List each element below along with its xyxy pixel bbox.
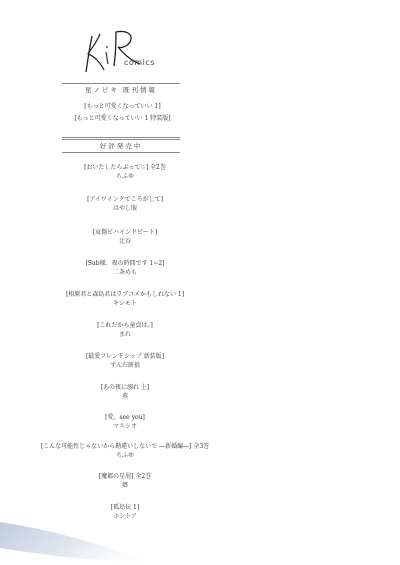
entry-title: [おいたしたらぶって♡] 全2巻 (20, 163, 230, 172)
entry-title: [孤島伝 1] (20, 503, 230, 512)
brand-subtitle: comics (124, 58, 155, 67)
entry-author: ちふゆ (20, 451, 230, 460)
list-item: [アイワインクでころがして] はやし服 (20, 195, 230, 213)
promo-section-header: 好評発売中 (62, 137, 180, 153)
kir-comics-logo: comics (82, 28, 162, 76)
entry-author: 燕 (20, 392, 230, 401)
list-item: [哀傷ビハインドビート] 比谷 (20, 228, 230, 246)
list-item: [孤島伝 1] ホシトア (20, 503, 230, 521)
list-item: [おいたしたらぶって♡] 全2巻 ちふゆ (20, 163, 230, 181)
entry-title: [あの夜に溺れ 上] (20, 383, 230, 392)
entry-title: [愛、see you] (20, 413, 230, 422)
list-item: [相原君と森島君はラブコメかもしれない 1] キシモト (20, 290, 230, 308)
list-item: [あの夜に溺れ 上] 燕 (20, 383, 230, 401)
entry-author: まれ (20, 330, 230, 339)
list-item: [愛、see you] マスシオ (20, 413, 230, 431)
entry-author: 比谷 (20, 237, 230, 246)
entry-title: [魔都の星屑] 全2巻 (20, 472, 230, 481)
entry-author: 郷 (20, 481, 230, 490)
entry-title: [Sub様、夜の時間です 1~2] (20, 259, 230, 268)
kir-signature-icon (82, 28, 162, 76)
author-section-header: 星ノピキ 既刊情報 (62, 83, 180, 96)
entry-author: キシモト (20, 299, 230, 308)
entry-title: [相原君と森島君はラブコメかもしれない 1] (20, 290, 230, 299)
entry-title: [アイワインクでころがして] (20, 195, 230, 204)
list-item: [最愛フレンドシップ 新装版] ずんだ餅狼 (20, 352, 230, 370)
list-item: [Sub様、夜の時間です 1~2] 二条めも (20, 259, 230, 277)
book-back-matter-page: comics 星ノピキ 既刊情報 [もっと可愛くなっていい 1] [もっと可愛く… (0, 0, 400, 565)
author-title-item: [もっと可愛くなっていい 1 特装版] (55, 113, 190, 125)
entry-title: [これだから童貞は。] (20, 321, 230, 330)
entry-title: [こんな可能性じゃないから勘違いしないで ―新婚編―] 全3巻 (20, 442, 230, 451)
entry-title: [最愛フレンドシップ 新装版] (20, 352, 230, 361)
list-item: [魔都の星屑] 全2巻 郷 (20, 472, 230, 490)
author-title-list: [もっと可愛くなっていい 1] [もっと可愛くなっていい 1 特装版] (55, 101, 190, 125)
entry-author: ちふゆ (20, 172, 230, 181)
entry-author: 二条めも (20, 268, 230, 277)
entry-author: ホシトア (20, 512, 230, 521)
entry-author: マスシオ (20, 422, 230, 431)
entry-author: ずんだ餅狼 (20, 361, 230, 370)
entry-title: [哀傷ビハインドビート] (20, 228, 230, 237)
list-item: [こんな可能性じゃないから勘違いしないで ―新婚編―] 全3巻 ちふゆ (20, 442, 230, 460)
list-item: [これだから童貞は。] まれ (20, 321, 230, 339)
entry-author: はやし服 (20, 204, 230, 213)
author-title-item: [もっと可愛くなっていい 1] (55, 101, 190, 113)
